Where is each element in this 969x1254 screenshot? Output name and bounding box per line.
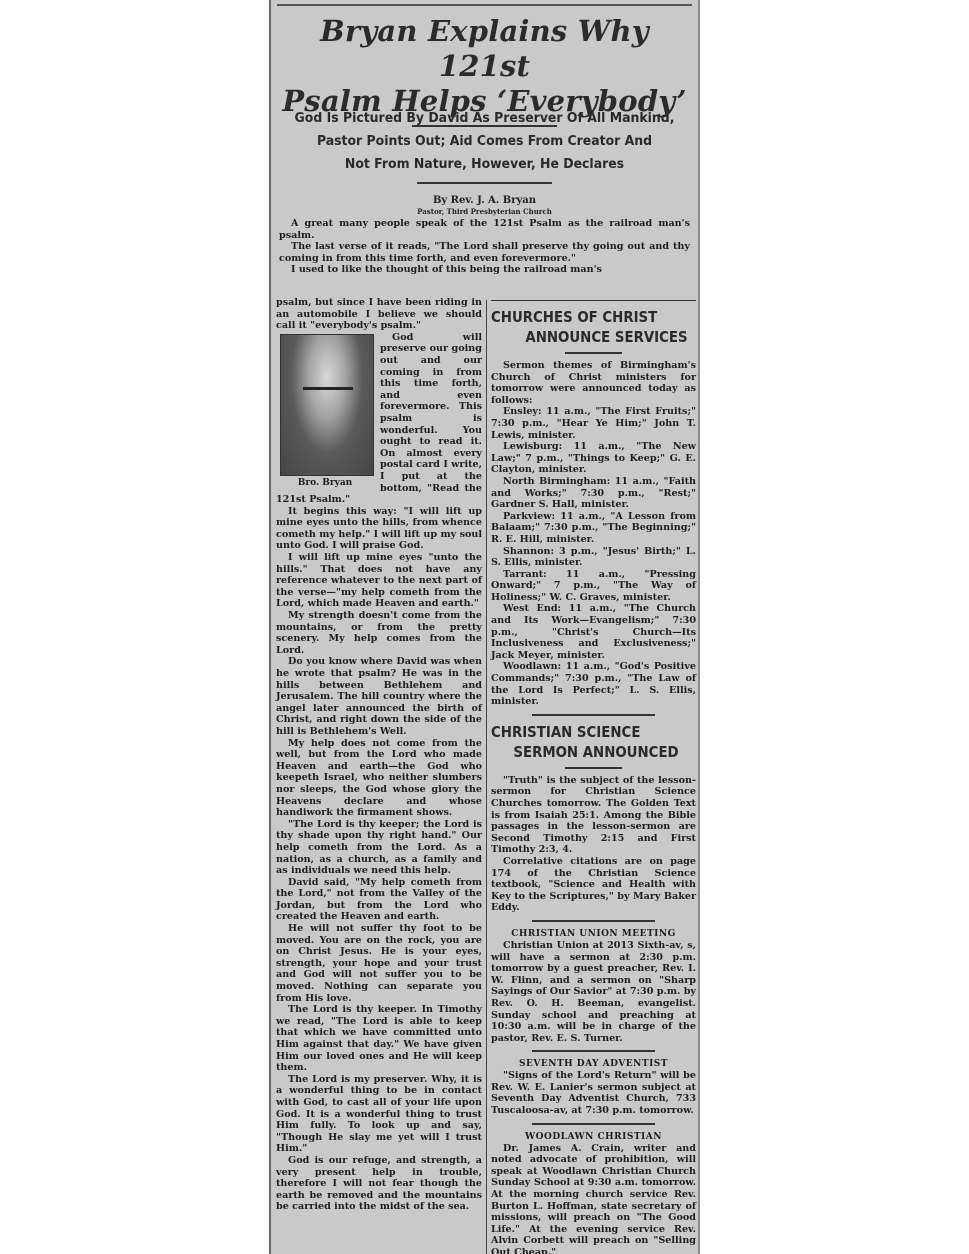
church-entry: Parkview: 11 a.m., "A Lesson from Balaam…: [491, 511, 696, 546]
section-rule: [565, 352, 622, 354]
church-entry: Tarrant: 11 a.m., "Pressing Onward;" 7 p…: [491, 569, 696, 604]
body-paragraph: He will not suffer thy foot to be moved.…: [276, 923, 482, 1004]
churches-intro: Sermon themes of Birmingham's Church of …: [491, 360, 696, 406]
body-paragraph: My strength doesn't come from the mounta…: [276, 610, 482, 656]
byline: By Rev. J. A. Bryan: [271, 194, 698, 207]
body-paragraph: "The Lord is thy keeper; the Lord is thy…: [276, 819, 482, 877]
deck-line-1: God Is Pictured By David As Preserver Of…: [286, 107, 683, 130]
headline-line-1: Bryan Explains Why 121st: [271, 14, 698, 84]
section-rule: [565, 767, 622, 769]
lead-text: A great many people speak of the 121st P…: [279, 218, 690, 276]
church-entry: West End: 11 a.m., "The Church and Its W…: [491, 603, 696, 661]
church-entry: Shannon: 3 p.m., "Jesus' Birth;" L. S. E…: [491, 546, 696, 569]
section-rule: [532, 1050, 655, 1052]
body-paragraph: It begins this way: "I will lift up mine…: [276, 506, 482, 552]
newspaper-clipping: Bryan Explains Why 121st Psalm Helps ‘Ev…: [269, 0, 700, 1254]
churches-of-christ-heading: CHURCHES OF CHRIST ANNOUNCE SERVICES: [491, 307, 667, 347]
body-paragraph: Do you know where David was when he wrot…: [276, 656, 482, 737]
body-paragraph: The Lord is my preserver. Why, it is a w…: [276, 1074, 482, 1155]
woodlawn-christian-heading: WOODLAWN CHRISTIAN: [491, 1131, 696, 1143]
body-paragraph: God is our refuge, and strength, a very …: [276, 1155, 482, 1213]
church-entry: Ensley: 11 a.m., "The First Fruits;" 7:3…: [491, 406, 696, 441]
christian-union-heading: CHRISTIAN UNION MEETING: [491, 928, 696, 940]
christian-science-paragraph: "Truth" is the subject of the lesson-ser…: [491, 775, 696, 856]
section-rule: [532, 714, 655, 716]
christian-union-text: Christian Union at 2013 Sixth-av, s, wil…: [491, 940, 696, 1044]
photo-figure: Bro. Bryan: [276, 334, 374, 489]
photo-caption: Bro. Bryan: [276, 478, 374, 489]
lead-paragraph: The last verse of it reads, "The Lord sh…: [279, 241, 690, 264]
body-paragraph: David said, "My help cometh from the Lor…: [276, 877, 482, 923]
section-rule: [532, 920, 655, 922]
body-paragraph: I will lift up mine eyes "unto the hills…: [276, 552, 482, 610]
body-paragraph: psalm, but since I have been riding in a…: [276, 297, 482, 332]
woodlawn-christian-text: Dr. James A. Crain, writer and noted adv…: [491, 1143, 696, 1254]
deck-line-2: Pastor Points Out; Aid Comes From Creato…: [286, 130, 683, 153]
lead-paragraph: I used to like the thought of this being…: [279, 264, 690, 276]
deck: God Is Pictured By David As Preserver Of…: [286, 107, 683, 184]
deck-rule: [417, 182, 552, 184]
column-top-rule: [491, 300, 696, 301]
seventh-day-text: "Signs of the Lord's Return" will be Rev…: [491, 1070, 696, 1116]
byline-title: Pastor, Third Presbyterian Church: [271, 207, 698, 216]
body-paragraph: The Lord is thy keeper. In Timothy we re…: [276, 1004, 482, 1074]
body-paragraph: My help does not come from the well, but…: [276, 738, 482, 819]
christian-science-paragraph: Correlative citations are on page 174 of…: [491, 856, 696, 914]
section-rule: [532, 1123, 655, 1125]
deck-line-3: Not From Nature, However, He Declares: [286, 153, 683, 176]
announcements-column: CHURCHES OF CHRIST ANNOUNCE SERVICES Ser…: [486, 300, 696, 1254]
article-column: psalm, but since I have been riding in a…: [276, 297, 482, 1213]
top-rule: [277, 4, 692, 6]
church-entry: North Birmingham: 11 a.m., "Faith and Wo…: [491, 476, 696, 511]
byline-block: By Rev. J. A. Bryan Pastor, Third Presby…: [271, 194, 698, 216]
lead-paragraph: A great many people speak of the 121st P…: [279, 218, 690, 241]
seventh-day-heading: SEVENTH DAY ADVENTIST: [491, 1058, 696, 1070]
church-entry: Woodlawn: 11 a.m., "God's Positive Comma…: [491, 661, 696, 707]
church-entry: Lewisburg: 11 a.m., "The New Law;" 7 p.m…: [491, 441, 696, 476]
portrait-photo-icon: [280, 334, 374, 476]
christian-science-heading: CHRISTIAN SCIENCE SERMON ANNOUNCED: [491, 722, 667, 762]
